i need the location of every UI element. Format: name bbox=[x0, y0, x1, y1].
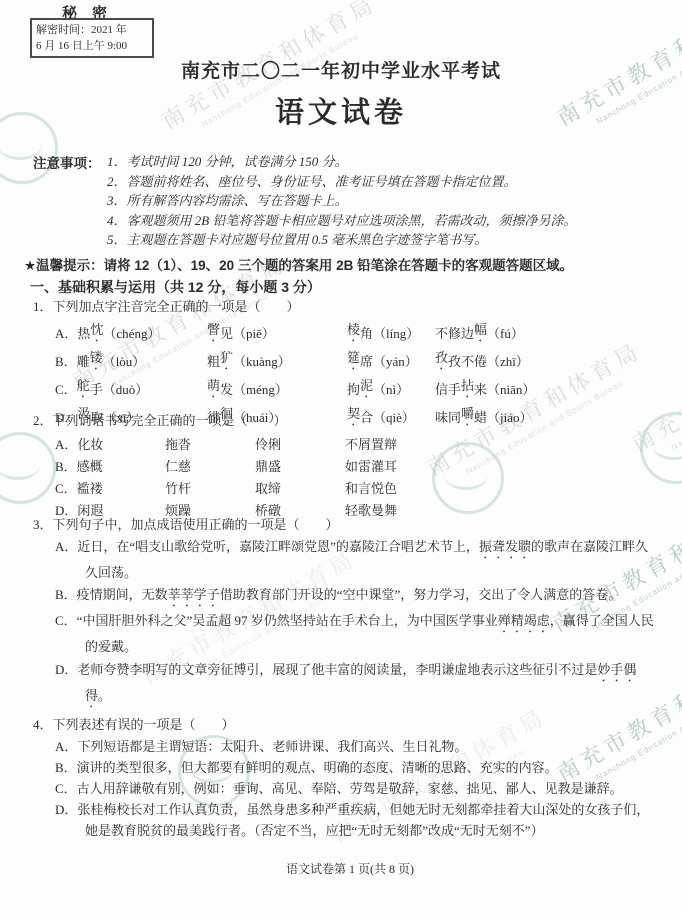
option-cell: 孜孜不倦（zhī） bbox=[435, 346, 658, 374]
notice-item: 5．主观题在答题卡对应题号位置用 0.5 毫米黑色字迹签字笔书写。 bbox=[107, 230, 576, 250]
warm-tip: ★温馨提示：请将 12（1）、19、20 三个题的答案用 2B 铅笔涂在答题卡的… bbox=[24, 254, 669, 274]
option-cell: 不修边幅（fú） bbox=[435, 318, 658, 346]
option-cell: C．褴褛 bbox=[55, 476, 165, 498]
notice-items: 1．考试时间 120 分钟，试卷满分 150 分。 2．答题前将姓名、座位号、身… bbox=[107, 152, 576, 250]
section-heading: 一、基础积累与运用（共 12 分，每小题 3 分） bbox=[30, 277, 321, 297]
option-cell: 拖沓 bbox=[165, 432, 255, 454]
decrypt-time-line2: 6 月 16 日上午 9:00 bbox=[36, 38, 148, 54]
exam-subject-title: 语文试卷 bbox=[0, 90, 682, 131]
option-paragraph: B．疫情期间，无数莘莘学子借助教育部门开设的“空中课堂”，努力学习，交出了令人满… bbox=[55, 584, 658, 610]
question-1-stem: 1．下列加点字注音完全正确的一项是（ ） bbox=[33, 296, 658, 318]
option-paragraph: A．近日，在“唱支山歌给党听，嘉陵江畔颂党恩”的嘉陵江合唱艺术节上，振聋发聩的歌… bbox=[55, 536, 658, 584]
option-cell: B．感概 bbox=[55, 454, 165, 476]
option-cell: 棱角（líng） bbox=[347, 318, 435, 346]
option-cell: 信手拈来（niān） bbox=[435, 374, 658, 402]
notice-item: 2．答题前将姓名、座位号、身份证号、准考证号填在答题卡指定位置。 bbox=[107, 172, 576, 192]
option-cell: 粗犷（kuàng） bbox=[207, 346, 347, 374]
question-2: 2．下列词语书写完全正确的一项是（ ） A．化妆 拖沓 伶俐 不屑置辩 B．感概… bbox=[33, 410, 658, 520]
option-cell: 伶俐 bbox=[255, 432, 345, 454]
option-cell: 拘泥（nì） bbox=[347, 374, 435, 402]
option-cell: 取缔 bbox=[255, 476, 345, 498]
notice-label: 注意事项： bbox=[33, 152, 107, 250]
question-3: 3．下列句子中，加点成语使用正确的一项是（ ） A．近日，在“唱支山歌给党听，嘉… bbox=[33, 514, 658, 711]
notice-item: 4．客观题须用 2B 铅笔将答题卡相应题号对应选项涂黑，若需改动，须擦净另涂。 bbox=[107, 211, 576, 231]
option-cell: 瞥见（piē） bbox=[207, 318, 347, 346]
option-cell: 仁慈 bbox=[165, 454, 255, 476]
notice-block: 注意事项： 1．考试时间 120 分钟，试卷满分 150 分。 2．答题前将姓名… bbox=[33, 152, 663, 250]
page-number-footer: 语文试卷第 1 页(共 8 页) bbox=[30, 860, 670, 877]
option-cell: 不屑置辩 bbox=[345, 432, 658, 454]
option-cell: 筵席（yán） bbox=[347, 346, 435, 374]
question-4-stem: 4．下列表述有误的一项是（ ） bbox=[33, 714, 658, 736]
option-paragraph: D．老师夸赞李明写的文章旁征博引，展现了他丰富的阅读量，李明谦虚地表示这些征引不… bbox=[55, 659, 658, 711]
option-cell: B．雕镂（lòu） bbox=[55, 346, 207, 374]
question-4: 4．下列表述有误的一项是（ ） A．下列短语都是主谓短语：太阳升、老师讲课、我们… bbox=[33, 714, 658, 841]
question-2-stem: 2．下列词语书写完全正确的一项是（ ） bbox=[33, 410, 658, 432]
option-paragraph: B．演讲的类型很多，但大都要有鲜明的观点、明确的态度、清晰的思路、充实的内容。 bbox=[55, 757, 658, 778]
option-paragraph: C．古人用辞谦敬有别，例如：垂询、高见、奉陪、劳驾是敬辞，家慈、拙见、鄙人、见教… bbox=[55, 778, 658, 799]
option-paragraph: D．张桂梅校长对工作认真负责，虽然身患多种严重疾病，但她无时无刻都牵挂着大山深处… bbox=[55, 799, 658, 841]
option-cell: 如雷灌耳 bbox=[345, 454, 658, 476]
option-cell: 和言悦色 bbox=[345, 476, 658, 498]
option-cell: C．舵手（duò） bbox=[55, 374, 207, 402]
exam-paper-page: 南充市教育和体育局 Nanchong Education and Sports … bbox=[0, 0, 682, 918]
option-cell: 鼎盛 bbox=[255, 454, 345, 476]
notice-item: 3．所有解答内容均需涂、写在答题卡上。 bbox=[107, 191, 576, 211]
option-cell: A．热忱（chéng） bbox=[55, 318, 207, 346]
question-3-stem: 3．下列句子中，加点成语使用正确的一项是（ ） bbox=[33, 514, 658, 536]
option-cell: 竹杆 bbox=[165, 476, 255, 498]
option-paragraph: A．下列短语都是主谓短语：太阳升、老师讲课、我们高兴、生日礼物。 bbox=[55, 736, 658, 757]
decrypt-time-box: 解密时间：2021 年 6 月 16 日上午 9:00 bbox=[30, 18, 154, 58]
option-cell: A．化妆 bbox=[55, 432, 165, 454]
decrypt-time-line1: 解密时间：2021 年 bbox=[36, 22, 148, 38]
option-paragraph: C．“中国肝胆外科之父”吴孟超 97 岁仍然坚持站在手术台上，为中国医学事业殚精… bbox=[55, 610, 658, 658]
notice-item: 1．考试时间 120 分钟，试卷满分 150 分。 bbox=[107, 152, 576, 172]
exam-title: 南充市二〇二一年初中学业水平考试 bbox=[0, 56, 682, 83]
question-2-options: A．化妆 拖沓 伶俐 不屑置辩 B．感概 仁慈 鼎盛 如雷灌耳 C．褴褛 竹杆 … bbox=[55, 432, 658, 520]
option-cell: 萌发（méng） bbox=[207, 374, 347, 402]
